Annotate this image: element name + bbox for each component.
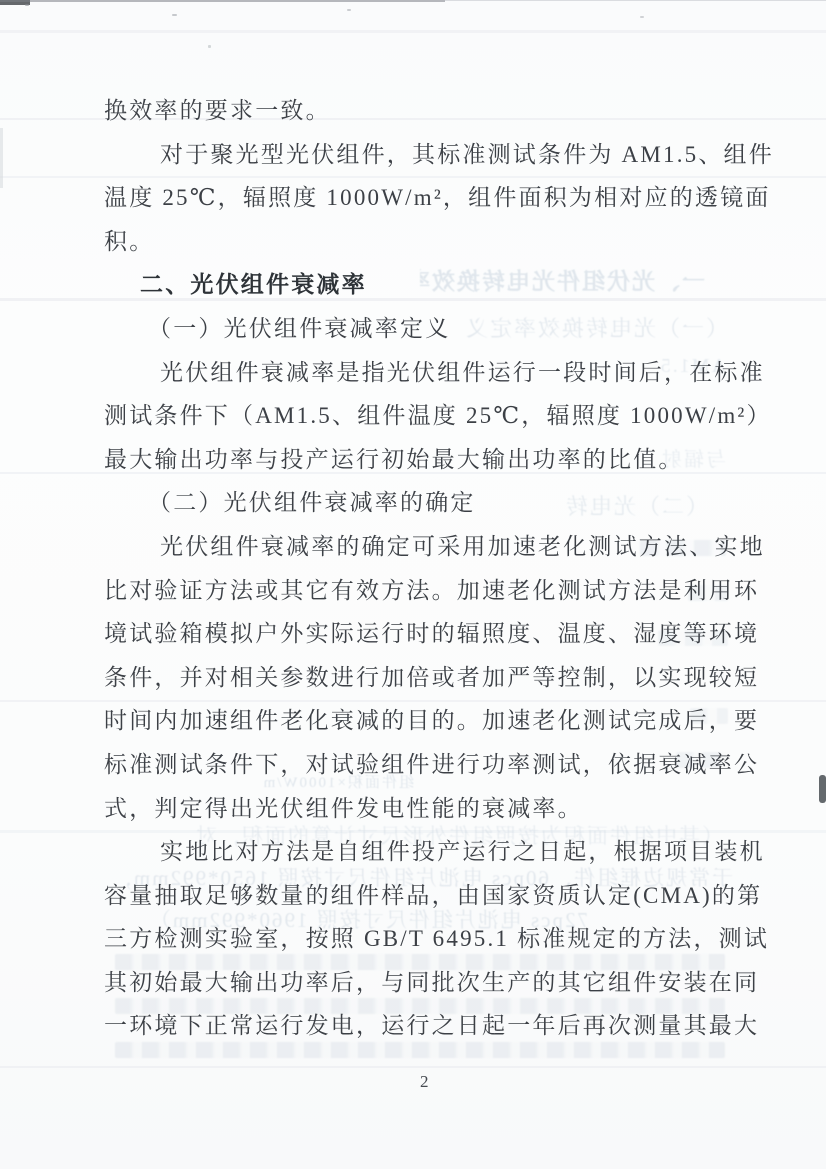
page-number: 2 — [420, 1072, 429, 1092]
text-line: 实地比对方法是自组件投产运行之日起，根据项目装机 — [104, 830, 726, 874]
text-line: 积。 — [104, 220, 726, 264]
text-line: 容量抽取足够数量的组件样品，由国家资质认定(CMA)的第 — [104, 874, 726, 918]
text-line: 境试验箱模拟户外实际运行时的辐照度、温度、湿度等环境 — [104, 612, 726, 656]
scan-mark — [640, 16, 644, 18]
text-line: 条件，并对相关参数进行加倍或者加严等控制，以实现较短 — [104, 656, 726, 700]
text-line: 光伏组件衰减率的确定可采用加速老化测试方法、实地 — [104, 525, 726, 569]
scan-mark — [172, 14, 177, 16]
text-line: 一环境下正常运行发电，运行之日起一年后再次测量其最大 — [104, 1004, 726, 1048]
text-column: 换效率的要求一致。对于聚光型光伏组件，其标准测试条件为 AM1.5、组件温度 2… — [104, 89, 726, 1048]
section-heading: 二、光伏组件衰减率 — [104, 263, 726, 307]
scan-mark — [208, 45, 211, 48]
text-line: 标准测试条件下，对试验组件进行功率测试，依据衰减率公 — [104, 743, 726, 787]
scan-mark — [0, 0, 445, 2]
scan-mark — [347, 9, 351, 11]
subsection-heading: （二）光伏组件衰减率的确定 — [104, 481, 726, 525]
text-line: 时间内加速组件老化衰减的目的。加速老化测试完成后，要 — [104, 699, 726, 743]
scan-mark — [0, 128, 3, 188]
text-line: 三方检测实验室，按照 GB/T 6495.1 标准规定的方法，测试 — [104, 917, 726, 961]
text-line: 式，判定得出光伏组件发电性能的衰减率。 — [104, 787, 726, 831]
text-line: 测试条件下（AM1.5、组件温度 25℃，辐照度 1000W/m²） — [104, 394, 726, 438]
scanner-streak — [0, 1066, 826, 1068]
scan-mark — [445, 0, 826, 1]
text-line: 温度 25℃，辐照度 1000W/m²，组件面积为相对应的透镜面 — [104, 176, 726, 220]
document-page: 换效率的要求一致。对于聚光型光伏组件，其标准测试条件为 AM1.5、组件温度 2… — [0, 0, 826, 1169]
text-line: 对于聚光型光伏组件，其标准测试条件为 AM1.5、组件 — [104, 133, 726, 177]
text-line: 换效率的要求一致。 — [104, 89, 726, 133]
scan-mark — [25, 4, 29, 6]
text-line: 光伏组件衰减率是指光伏组件运行一段时间后，在标准 — [104, 351, 726, 395]
scan-mark — [819, 775, 826, 803]
subsection-heading: （一）光伏组件衰减率定义 — [104, 307, 726, 351]
text-line: 其初始最大输出功率后，与同批次生产的其它组件安装在同 — [104, 961, 726, 1005]
text-line: 最大输出功率与投产运行初始最大输出功率的比值。 — [104, 438, 726, 482]
text-line: 比对验证方法或其它有效方法。加速老化测试方法是利用环 — [104, 569, 726, 613]
scanner-streak — [0, 30, 826, 33]
